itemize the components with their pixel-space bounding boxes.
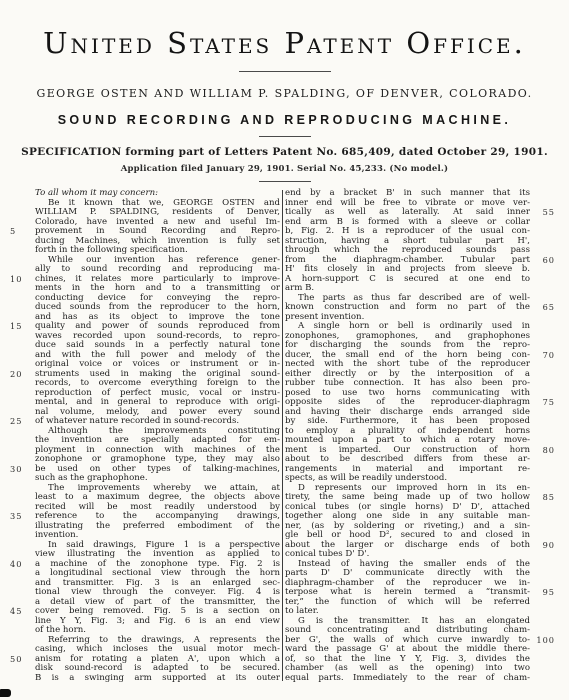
line-number: 75 (543, 398, 555, 408)
invention-title: SOUND RECORDING AND REPRODUCING MACHINE. (0, 113, 569, 127)
line-number: 40 (10, 560, 22, 570)
line-number: 45 (10, 607, 22, 617)
right-text-column: end by a bracket B' in such manner that … (285, 189, 557, 683)
text-line: B is a swinging arm supported at its out… (35, 674, 280, 684)
line-number: 35 (10, 512, 22, 522)
left-text-column: To all whom it may concern:Be it known t… (8, 189, 280, 683)
page-title: United States Patent Office. (0, 0, 569, 60)
line-number: 90 (543, 541, 555, 551)
specification-line: SPECIFICATION forming part of Letters Pa… (0, 146, 569, 158)
line-number: 5 (10, 227, 16, 237)
text-line: A horn-support C is secured at one end t… (285, 275, 530, 285)
patent-document-page: United States Patent Office. GEORGE OSTE… (0, 0, 569, 700)
inventors-line: GEORGE OSTEN AND WILLIAM P. SPALDING, OF… (0, 87, 569, 100)
scan-artifact (0, 689, 11, 697)
line-number: 85 (543, 493, 555, 503)
line-number: 30 (10, 465, 22, 475)
text-line: ter,” the function of which will be refe… (285, 598, 530, 608)
line-number: 70 (543, 351, 555, 361)
line-number: 65 (543, 303, 555, 313)
line-number: 100 (536, 636, 555, 646)
line-number: 20 (10, 370, 22, 380)
line-number: 15 (10, 322, 22, 332)
line-number: 50 (10, 655, 22, 665)
line-number: 80 (543, 446, 555, 456)
line-number: 10 (10, 275, 22, 285)
specification-body: To all whom it may concern:Be it known t… (0, 182, 569, 683)
line-number: 25 (10, 417, 22, 427)
patent-masthead: United States Patent Office. GEORGE OSTE… (0, 0, 569, 182)
application-line: Application filed January 29, 1901. Seri… (0, 164, 569, 174)
title-divider-rule (239, 71, 331, 72)
line-number: 95 (543, 588, 555, 598)
line-number: 55 (543, 208, 555, 218)
invention-divider-rule (259, 136, 311, 137)
line-number: 60 (543, 256, 555, 266)
text-line: equal parts. Immediately to the rear of … (285, 674, 530, 684)
column-divider-rule (282, 190, 283, 681)
